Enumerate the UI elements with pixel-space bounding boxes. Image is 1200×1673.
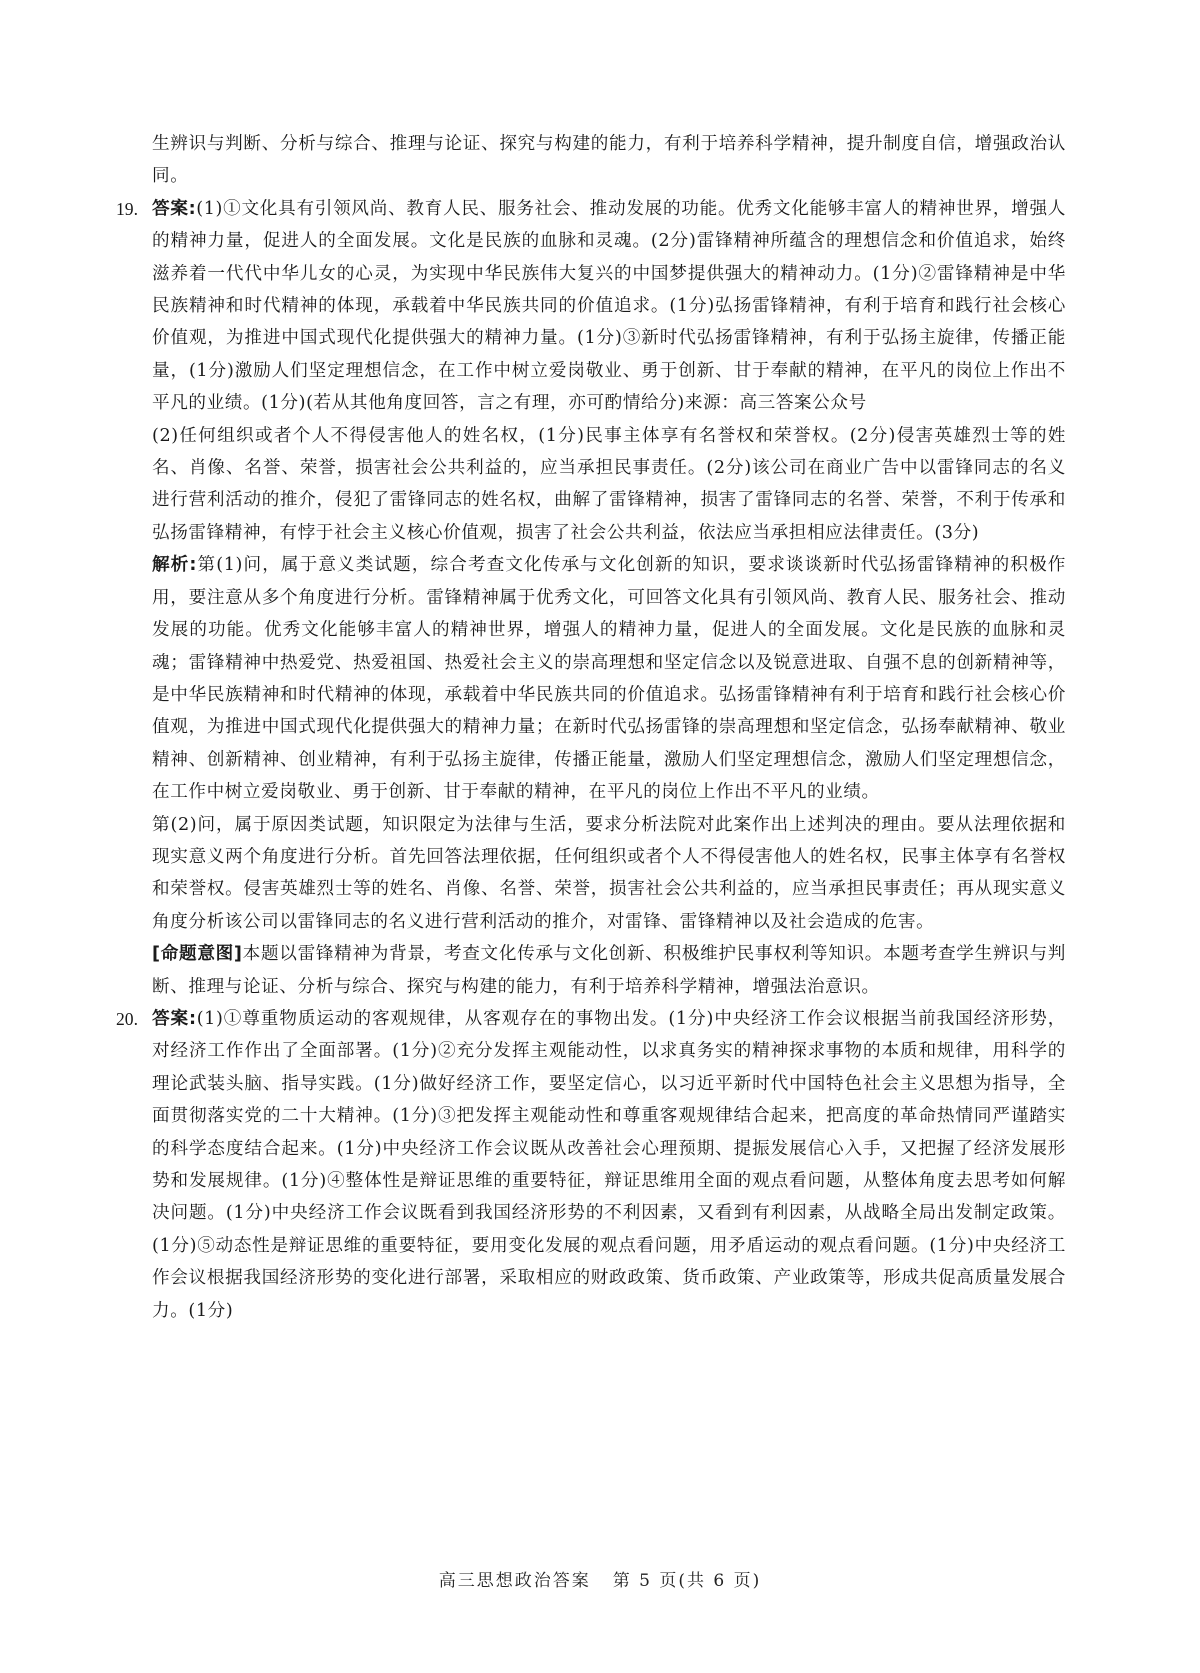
q19-answer-part2: (2)任何组织或者个人不得侵害他人的姓名权，(1分)民事主体享有名誉权和荣誉权。… [152, 420, 1066, 550]
q19-analysis-part2: 第(2)问，属于原因类试题，知识限定为法律与生活，要求分析法院对此案作出上述判决… [152, 809, 1066, 939]
answer-text: (1)①尊重物质运动的客观规律，从客观存在的事物出发。(1分)中央经济工作会议根… [152, 1009, 1066, 1321]
footer-page-number: 第 5 页(共 6 页) [613, 1571, 762, 1591]
page-footer: 高三思想政治答案第 5 页(共 6 页) [0, 1566, 1200, 1591]
q19-answer-part1: 答案:(1)①文化具有引领风尚、教育人民、服务社会、推动发展的功能。优秀文化能够… [152, 193, 1066, 420]
q19-intent: [命题意图]本题以雷锋精神为背景，考查文化传承与文化创新、积极维护民事权利等知识… [152, 938, 1066, 1003]
answer-label: 答案: [152, 199, 196, 219]
analysis-label: 解析: [152, 555, 197, 575]
intent-label: [命题意图] [152, 944, 243, 964]
analysis-text: 第(1)问，属于意义类试题，综合考查文化传承与文化创新的知识，要求谈谈新时代弘扬… [152, 555, 1066, 802]
answer-label: 答案: [152, 1009, 197, 1029]
answer-text: (1)①文化具有引领风尚、教育人民、服务社会、推动发展的功能。优秀文化能够丰富人… [152, 199, 1066, 413]
footer-title: 高三思想政治答案 [439, 1571, 591, 1591]
question-20: 20. 答案:(1)①尊重物质运动的客观规律，从客观存在的事物出发。(1分)中央… [152, 1003, 1066, 1327]
question-19: 19. 答案:(1)①文化具有引领风尚、教育人民、服务社会、推动发展的功能。优秀… [152, 193, 1066, 1003]
continuation-paragraph: 生辨识与判断、分析与综合、推理与论证、探究与构建的能力，有利于培养科学精神，提升… [152, 128, 1066, 193]
page-content: 生辨识与判断、分析与综合、推理与论证、探究与构建的能力，有利于培养科学精神，提升… [152, 128, 1066, 1327]
question-number: 20. [116, 1003, 138, 1035]
question-number: 19. [116, 193, 138, 225]
q20-answer-part1: 答案:(1)①尊重物质运动的客观规律，从客观存在的事物出发。(1分)中央经济工作… [152, 1003, 1066, 1327]
document-page: 生辨识与判断、分析与综合、推理与论证、探究与构建的能力，有利于培养科学精神，提升… [0, 0, 1200, 1673]
intent-text: 本题以雷锋精神为背景，考查文化传承与文化创新、积极维护民事权利等知识。本题考查学… [152, 944, 1066, 996]
q19-analysis-part1: 解析:第(1)问，属于意义类试题，综合考查文化传承与文化创新的知识，要求谈谈新时… [152, 549, 1066, 808]
